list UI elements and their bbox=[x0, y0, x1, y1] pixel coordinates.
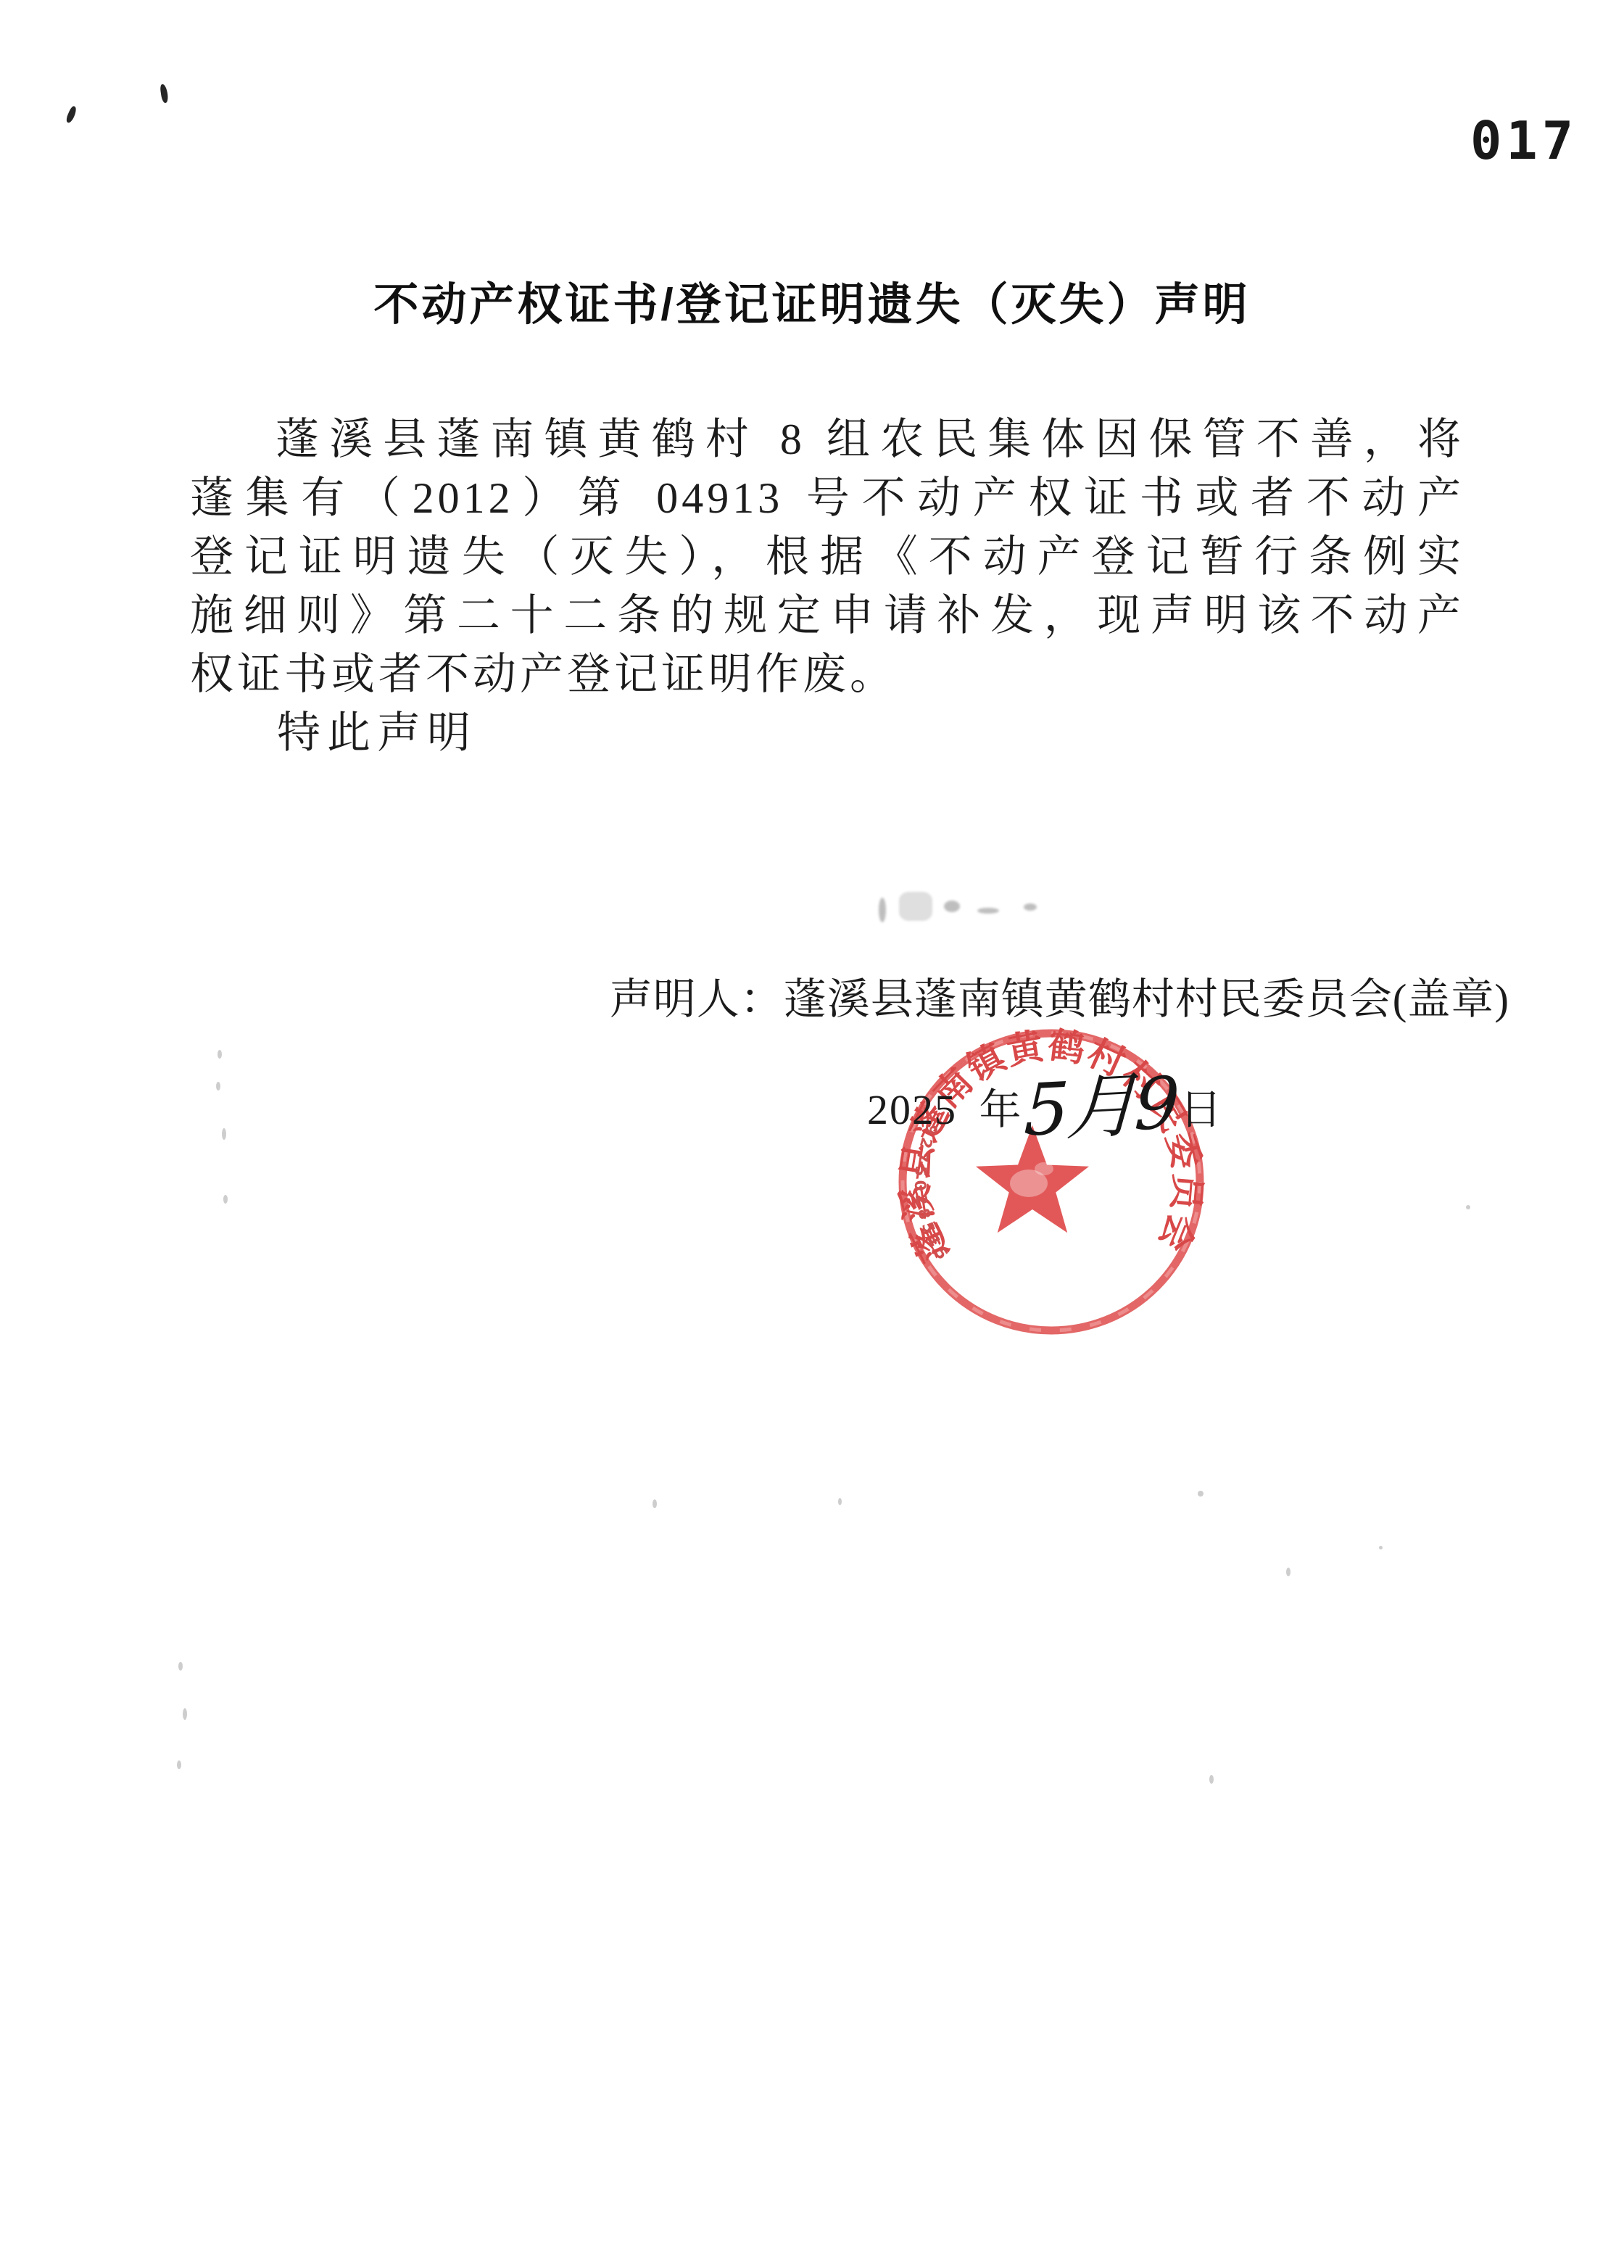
body-line: 登记证明遗失（灭失），根据《不动产登记暂行条例实 bbox=[190, 528, 1464, 587]
body-line: 施细则》第二十二条的规定申请补发，现声明该不动产 bbox=[190, 587, 1464, 645]
seal-ink-gap bbox=[1035, 1162, 1053, 1175]
date-line: 2025 年 5月9 日 bbox=[867, 1043, 1223, 1145]
date-day-suffix: 日 bbox=[1180, 1075, 1223, 1136]
date-year: 2025 年 bbox=[867, 1075, 1023, 1136]
body-line: 权证书或者不动产登记证明作废。 bbox=[190, 645, 1464, 704]
body-line: 蓬溪县蓬南镇黄鹤村 8 组农民集体因保管不善，将 bbox=[190, 410, 1464, 469]
body-paragraph: 蓬溪县蓬南镇黄鹤村 8 组农民集体因保管不善，将 蓬集有（2012）第 0491… bbox=[190, 410, 1464, 763]
document-title: 不动产权证书/登记证明遗失（灭失）声明 bbox=[0, 268, 1624, 333]
body-line: 蓬集有（2012）第 04913 号不动产权证书或者不动产 bbox=[190, 469, 1464, 528]
scan-artifact-mark bbox=[159, 84, 169, 104]
declarant-line: 声明人：蓬溪县蓬南镇黄鹤村村民委员会(盖章) bbox=[610, 964, 1509, 1026]
closing-line: 特此声明 bbox=[190, 704, 1464, 763]
page-number: 017 bbox=[1470, 110, 1578, 171]
scan-artifact-mark bbox=[65, 105, 78, 124]
handwritten-month-day: 5月9 bbox=[1022, 1046, 1178, 1156]
scanned-document-page: 017 不动产权证书/登记证明遗失（灭失）声明 蓬溪县蓬南镇黄鹤村 8 组农民集… bbox=[0, 0, 1624, 2268]
